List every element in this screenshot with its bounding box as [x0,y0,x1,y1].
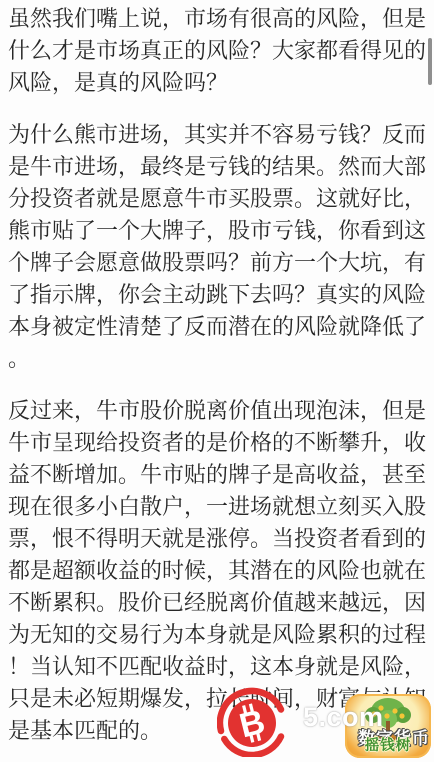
badge-subtitle: 摇钱树 [345,734,431,755]
bitcoin-logo-watermark: B [217,687,287,757]
paragraph-1: 虽然我们嘴上说，市场有很高的风险，但是 什么才是市场真正的风险？大家都看得见的 … [8,3,428,99]
scrollbar-thumb[interactable] [428,38,432,85]
bitcoin-icon: B [217,687,287,757]
watermark-url-text: 5.com [303,702,384,733]
article-page: 虽然我们嘴上说，市场有很高的风险，但是 什么才是市场真正的风险？大家都看得见的 … [0,0,434,762]
article-body: 虽然我们嘴上说，市场有很高的风险，但是 什么才是市场真正的风险？大家都看得见的 … [8,3,428,762]
paragraph-2: 为什么熊市进场，其实并不容易亏钱？反而 是牛市进场，最终是亏钱的结果。然而大部 … [8,119,428,375]
